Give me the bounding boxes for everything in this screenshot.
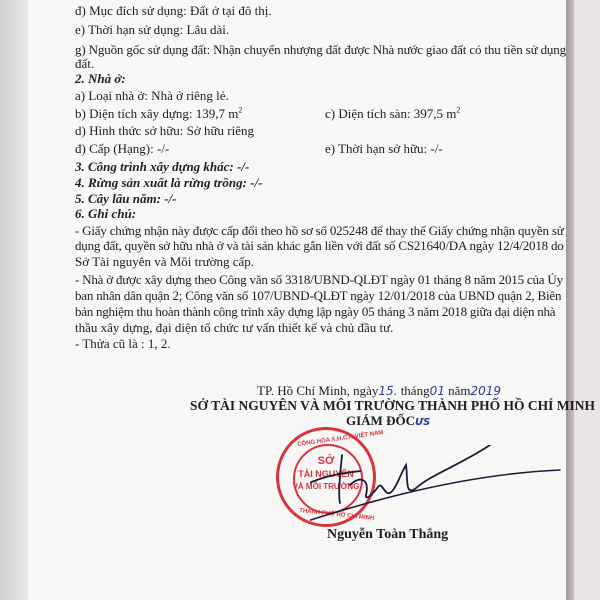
built-area-text: b) Diện tích xây dựng: 139,7 m <box>75 106 238 121</box>
note1-line2: dụng đất, quyền sở hữu nhà ở và tài sản … <box>75 238 564 253</box>
floor-area-text: c) Diện tích sàn: 397,5 m <box>325 106 456 121</box>
date-month: 01 <box>430 384 445 398</box>
note1-line3: Sở Tài nguyên và Môi trường cấp. <box>75 254 254 269</box>
handwritten-signature <box>310 445 570 525</box>
land-origin-line2: đất. <box>75 56 94 71</box>
place-date: TP. Hồ Chí Minh, ngày15. tháng01 năm2019 <box>257 383 501 399</box>
land-origin-line1: g) Nguồn gốc sử dụng đất: Nhận chuyển nh… <box>75 42 566 57</box>
signer-title-text: GIÁM ĐỐC <box>346 413 415 428</box>
year-label: năm <box>445 383 471 398</box>
land-term: e) Thời hạn sử dụng: Lâu dài. <box>75 22 229 37</box>
house-built-area: b) Diện tích xây dựng: 139,7 m2 <box>75 106 242 121</box>
date-day: 15. <box>378 384 397 398</box>
house-heading: 2. Nhà ở: <box>75 71 126 86</box>
section-planted-forest: 4. Rừng sản xuất là rừng trồng: -/- <box>75 175 263 190</box>
note3: - Thửa cũ là : 1, 2. <box>75 336 171 351</box>
title-mark: ƯS <box>415 417 430 428</box>
house-grade: đ) Cấp (Hạng): -/- <box>75 141 169 156</box>
land-purpose: đ) Mục đích sử dụng: Đất ở tại đô thị. <box>75 3 272 18</box>
issuing-agency: SỞ TÀI NGUYÊN VÀ MÔI TRƯỜNG THÀNH PHỐ HỒ… <box>190 398 595 413</box>
section-other-construction: 3. Công trình xây dựng khác: -/- <box>75 159 249 174</box>
signer-title: GIÁM ĐỐCƯS <box>346 413 430 430</box>
note2-line2: ban nhân dân quận 2; Công văn số 107/UBN… <box>75 288 561 303</box>
section-notes-heading: 6. Ghi chú: <box>75 206 136 221</box>
note1-line1: - Giấy chứng nhận này được cấp đổi theo … <box>75 223 564 238</box>
month-label: tháng <box>397 383 429 398</box>
scan-margin-right <box>574 0 600 600</box>
house-type: a) Loại nhà ở: Nhà ở riêng lẻ. <box>75 88 229 103</box>
signer-name: Nguyễn Toàn Thắng <box>327 527 448 542</box>
section-perennial-trees: 5. Cây lâu năm: -/- <box>75 191 176 206</box>
note2-line4: thầu xây dựng, đại diện tổ chức tư vấn t… <box>75 320 393 335</box>
house-ownership-form: d) Hình thức sở hữu: Sở hữu riêng <box>75 123 254 138</box>
area-unit-sup: 2 <box>238 106 242 115</box>
place-date-prefix: TP. Hồ Chí Minh, ngày <box>257 383 378 398</box>
house-ownership-term: e) Thời hạn sở hữu: -/- <box>325 141 443 156</box>
date-year: 2019 <box>471 384 502 398</box>
scan-margin-left <box>0 0 28 600</box>
house-floor-area: c) Diện tích sàn: 397,5 m2 <box>325 106 460 121</box>
note2-line3: bản nghiệm thu hoàn thành công trình xây… <box>75 304 555 319</box>
note2-line1: - Nhà ở được xây dựng theo Công văn số 3… <box>75 272 563 287</box>
area-unit-sup: 2 <box>456 106 460 115</box>
